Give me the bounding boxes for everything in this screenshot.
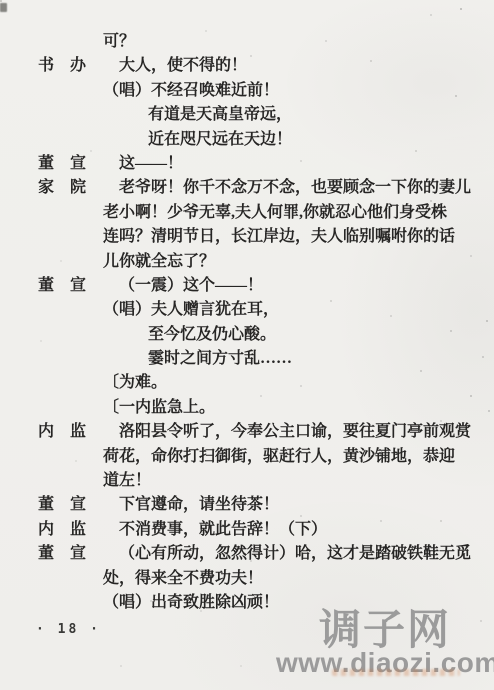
speaker-name <box>38 250 86 274</box>
script-line: 可？ <box>0 30 494 54</box>
line-text: 至今忆及仍心酸。 <box>148 323 276 347</box>
line-text: 〔一内监急上。 <box>103 396 215 420</box>
speaker-name <box>38 128 86 152</box>
script-line: 连吗？清明节日，长江岸边，夫人临别嘱咐你的话 <box>0 225 494 249</box>
line-text: （唱）出奇致胜除凶顽！ <box>103 591 279 615</box>
line-text: 洛阳县令听了，今奉公主口谕，要往夏门亭前观赏 <box>119 420 471 444</box>
script-line: 儿你就全忘了？ <box>0 250 494 274</box>
script-line: 董宣 （心有所动，忽然得计）哈，这才是踏破铁鞋无觅 <box>0 542 494 566</box>
speaker-name <box>38 347 86 371</box>
scan-edge-artifact <box>0 3 7 12</box>
line-text: 〔为难。 <box>103 371 167 395</box>
speaker-name <box>38 323 86 347</box>
script-line: 董宣 这——！ <box>0 152 494 176</box>
script-line: 家院 老爷呀！你千不念万不念，也要顾念一下你的妻儿 <box>0 176 494 200</box>
speaker-name: 家院 <box>38 176 102 200</box>
line-text: （心有所动，忽然得计）哈，这才是踏破铁鞋无觅 <box>119 542 471 566</box>
script-line: （唱）夫人赠言犹在耳， <box>0 298 494 322</box>
line-text: 下官遵命，请坐待茶！ <box>119 493 279 517</box>
speaker-name: 内监 <box>38 518 102 542</box>
line-text: 大人，使不得的！ <box>119 54 247 78</box>
speaker-name <box>38 103 86 127</box>
script-line: 〔为难。 <box>0 371 494 395</box>
script-line: 处，得来全不费功夫！ <box>0 567 494 591</box>
line-text: 儿你就全忘了？ <box>103 250 215 274</box>
line-text: 连吗？清明节日，长江岸边，夫人临别嘱咐你的话 <box>103 225 455 249</box>
speaker-name <box>38 225 86 249</box>
script-line: 书办 大人，使不得的！ <box>0 54 494 78</box>
speaker-name <box>38 201 86 225</box>
speaker-name <box>38 396 86 420</box>
script-line: 至今忆及仍心酸。 <box>0 323 494 347</box>
script-line: （唱）不经召唤难近前！ <box>0 79 494 103</box>
speaker-name: 内监 <box>38 420 102 444</box>
speaker-name <box>38 371 86 395</box>
line-text: 荷花，命你打扫御街，驱赶行人，黄沙铺地，恭迎 <box>103 445 455 469</box>
line-text: （一震）这个——！ <box>119 274 263 298</box>
line-text: 老爷呀！你千不念万不念，也要顾念一下你的妻儿 <box>119 176 471 200</box>
script-body: 可？ 书办 大人，使不得的！ （唱）不经召唤难近前！ 有道是天高皇帝远， 近在咫… <box>0 30 494 615</box>
line-text: 处，得来全不费功夫！ <box>103 567 263 591</box>
speaker-name <box>38 591 86 615</box>
speaker-name: 董宣 <box>38 152 102 176</box>
speaker-name <box>38 298 86 322</box>
speaker-name: 董宣 <box>38 274 102 298</box>
speaker-name <box>38 567 86 591</box>
line-text: 这——！ <box>119 152 183 176</box>
speaker-name: 董宣 <box>38 493 102 517</box>
script-line: 老小啊！少爷无辜,夫人何罪,你就忍心他们身受株 <box>0 201 494 225</box>
script-line: 内监 洛阳县令听了，今奉公主口谕，要往夏门亭前观赏 <box>0 420 494 444</box>
line-text: 有道是天高皇帝远， <box>148 103 292 127</box>
script-line: 近在咫尺远在天边！ <box>0 128 494 152</box>
line-text: 可？ <box>103 30 135 54</box>
script-line: 有道是天高皇帝远， <box>0 103 494 127</box>
speaker-name: 书办 <box>38 54 102 78</box>
script-line: 董宣 （一震）这个——！ <box>0 274 494 298</box>
script-line: 〔一内监急上。 <box>0 396 494 420</box>
line-text: （唱）夫人赠言犹在耳， <box>103 298 279 322</box>
line-text: 道左！ <box>103 469 151 493</box>
line-text: 霎时之间方寸乱…… <box>148 347 292 371</box>
line-text: 近在咫尺远在天边！ <box>148 128 292 152</box>
speaker-name: 董宣 <box>38 542 102 566</box>
speaker-name <box>38 469 86 493</box>
line-text: （唱）不经召唤难近前！ <box>103 79 279 103</box>
line-text: 老小啊！少爷无辜,夫人何罪,你就忍心他们身受株 <box>103 201 447 225</box>
line-text: 不消费事，就此告辞！（下） <box>119 518 327 542</box>
speaker-name <box>38 79 86 103</box>
speaker-name <box>38 30 86 54</box>
script-line: 霎时之间方寸乱…… <box>0 347 494 371</box>
scan-noise-speckles <box>0 0 2 2</box>
watermark-color-artifact <box>332 669 460 676</box>
script-line: 董宣 下官遵命，请坐待茶！ <box>0 493 494 517</box>
speaker-name <box>38 445 86 469</box>
script-line: 荷花，命你打扫御街，驱赶行人，黄沙铺地，恭迎 <box>0 445 494 469</box>
watermark-site-name: 调子网 <box>319 608 451 652</box>
page-number: · 18 · <box>36 622 101 637</box>
script-line: 内监 不消费事，就此告辞！（下） <box>0 518 494 542</box>
script-line: 道左！ <box>0 469 494 493</box>
